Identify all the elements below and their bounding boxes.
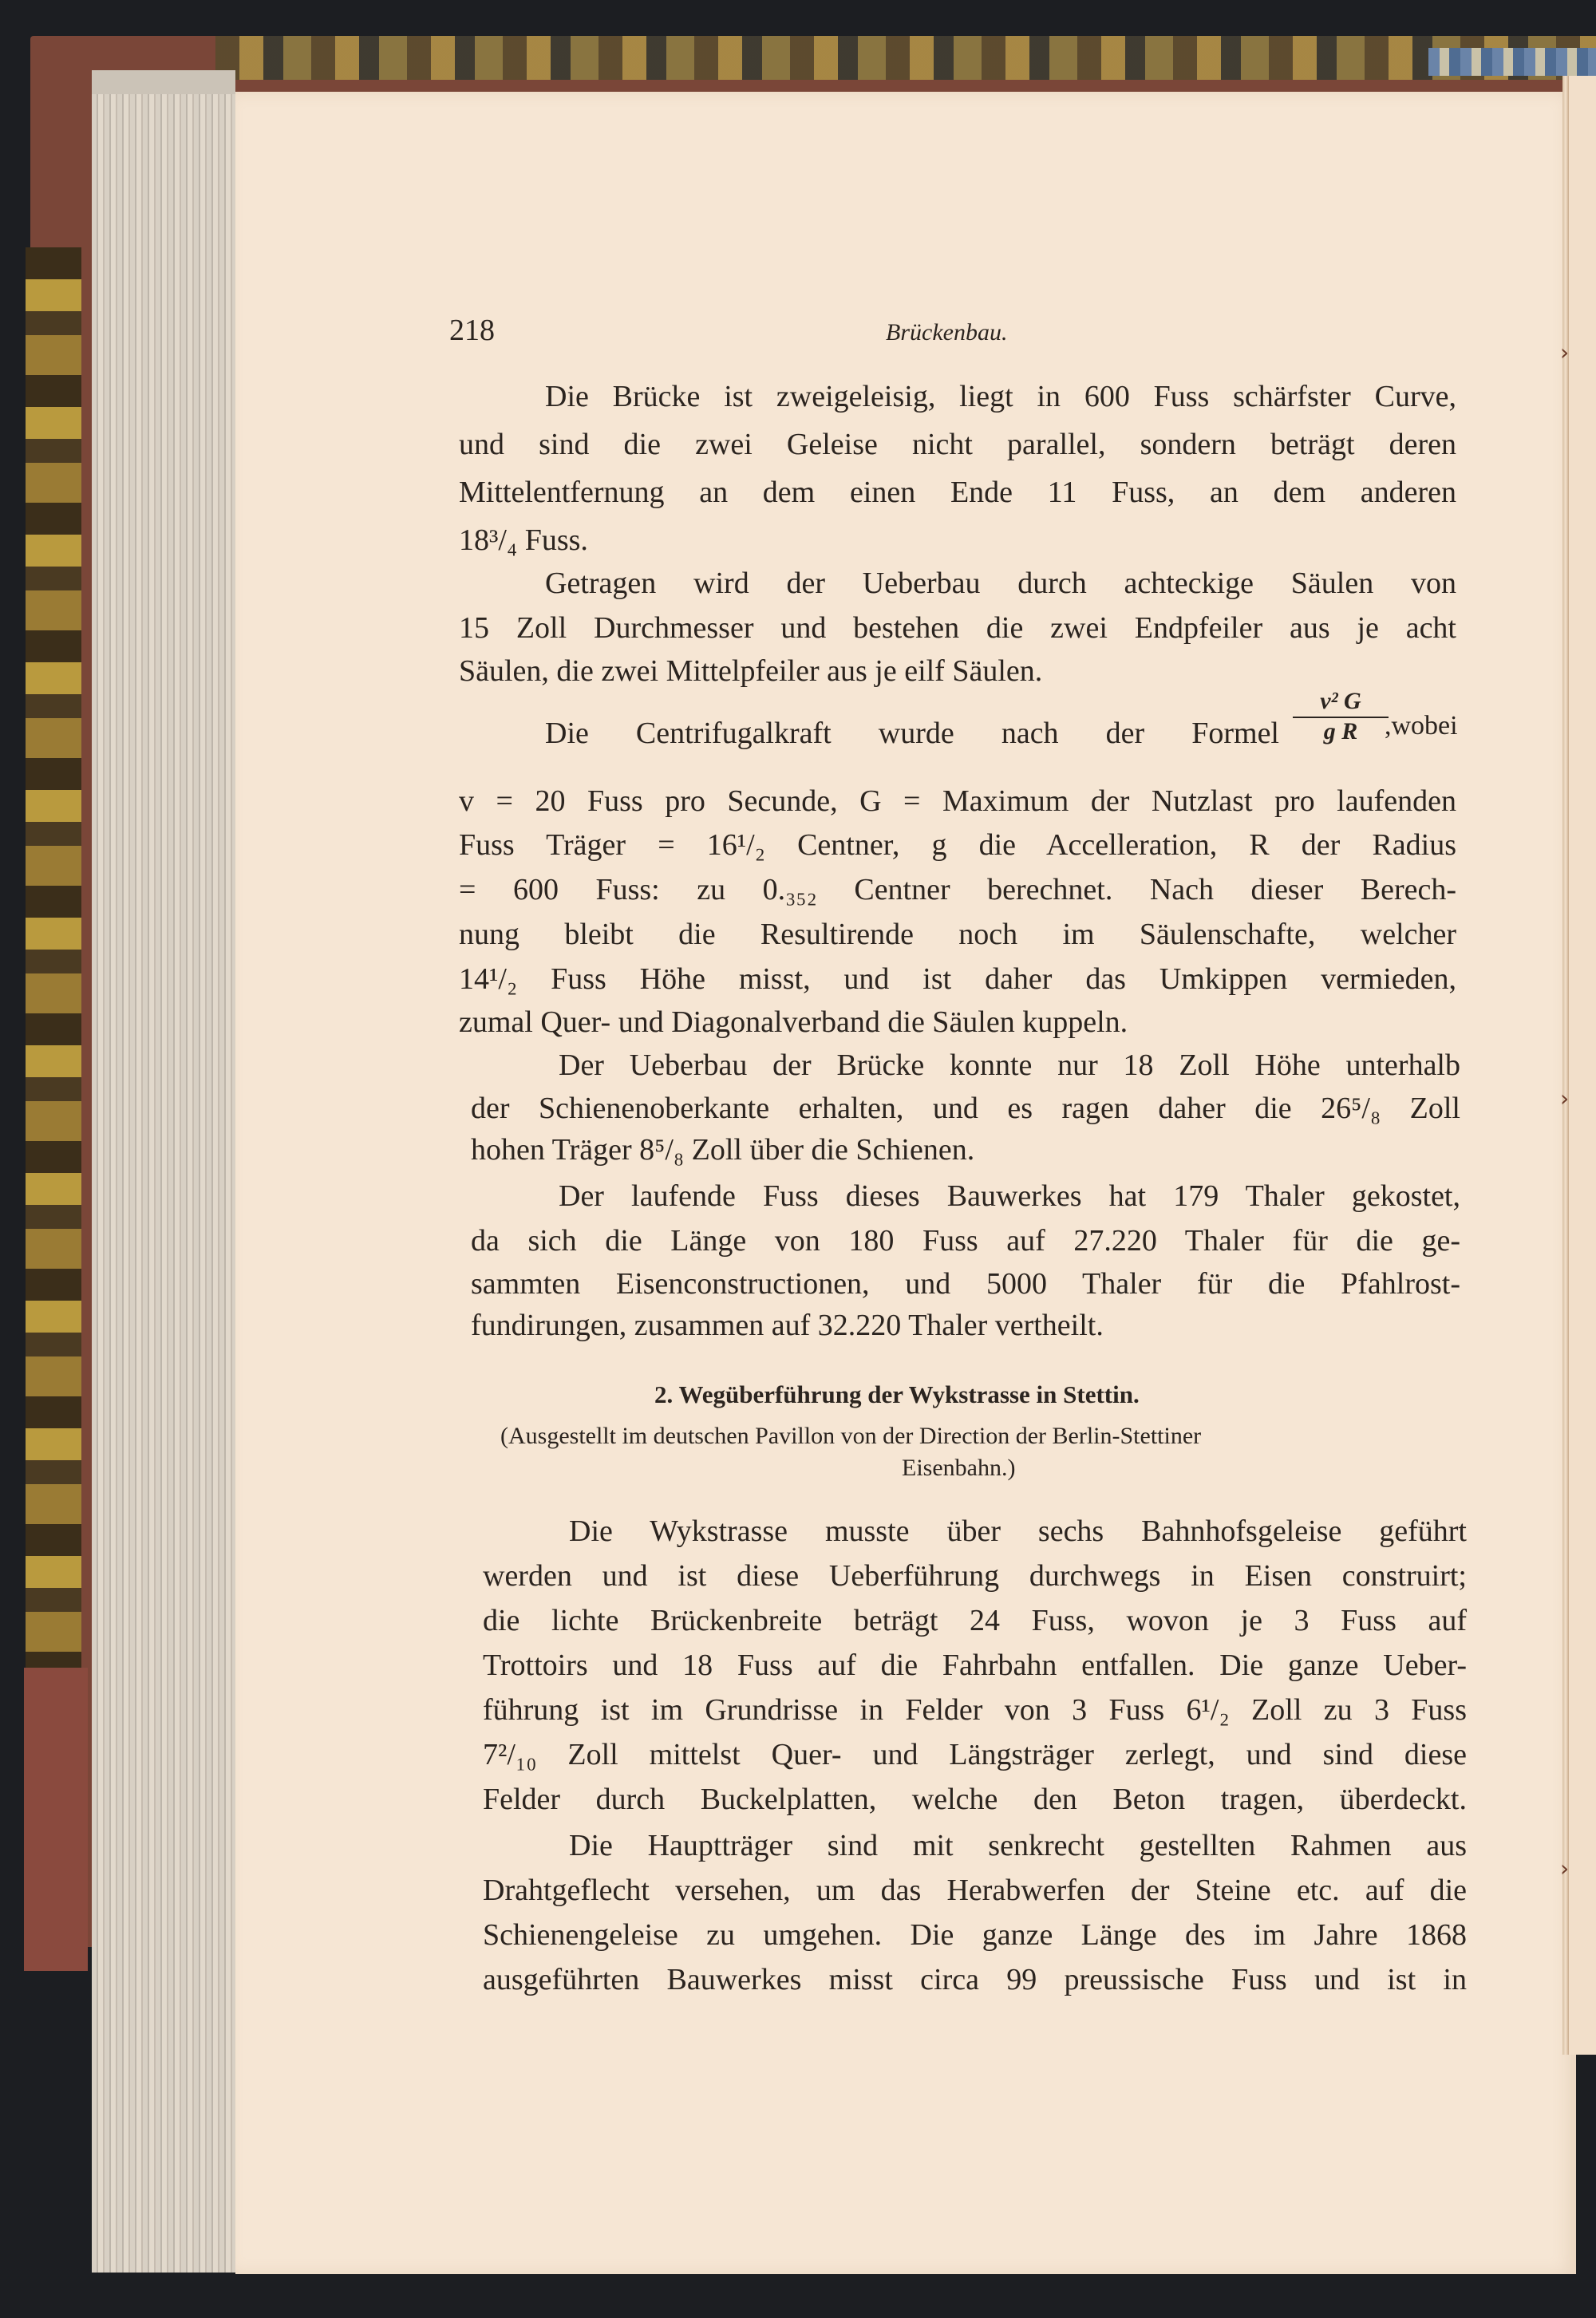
gutter bbox=[1562, 76, 1569, 2055]
text-line: ausgeführten Bauwerkes misst circa 99 pr… bbox=[483, 1965, 1467, 1995]
text-line: = 600 Fuss: zu 0.₃₅₂ Centner berechnet. … bbox=[459, 875, 1456, 905]
text-line: Die Wykstrasse musste über sechs Bahnhof… bbox=[569, 1516, 1467, 1546]
text-line: nung bleibt die Resultirende noch im Säu… bbox=[459, 919, 1456, 950]
text-line: 14¹/₂ Fuss Höhe misst, und ist daher das… bbox=[459, 964, 1456, 994]
text-line: hohen Träger 8⁵/₈ Zoll über die Schienen… bbox=[471, 1135, 974, 1165]
text-line: Die Brücke ist zweigeleisig, liegt in 60… bbox=[545, 381, 1456, 412]
text-line: Säulen, die zwei Mittelpfeiler aus je ei… bbox=[459, 656, 1042, 686]
text-line: Getragen wird der Ueberbau durch achteck… bbox=[545, 568, 1456, 598]
formula-denominator: g R bbox=[1293, 718, 1389, 745]
text-line: 7²/₁₀ Zoll mittelst Quer- und Längsträge… bbox=[483, 1739, 1467, 1770]
text-line: Mittelentfernung an dem einen Ende 11 Fu… bbox=[459, 477, 1456, 507]
text-line: 18³/₄ Fuss. bbox=[459, 525, 588, 555]
text-line: Die Hauptträger sind mit senkrecht geste… bbox=[569, 1830, 1467, 1861]
marbled-cover-top bbox=[215, 36, 1596, 80]
text-line: sammten Eisenconstructionen, und 5000 Th… bbox=[471, 1269, 1460, 1299]
text-line: und sind die zwei Geleise nicht parallel… bbox=[459, 429, 1456, 460]
text-line: Fuss Träger = 16¹/₂ Centner, g die Accel… bbox=[459, 830, 1456, 860]
text-line: 15 Zoll Durchmesser und bestehen die zwe… bbox=[459, 613, 1456, 643]
section-caption: Eisenbahn.) bbox=[902, 1456, 1015, 1480]
text-line: der Schienenoberkante erhalten, und es r… bbox=[471, 1093, 1460, 1123]
page-number: 218 bbox=[449, 313, 495, 348]
text-line: Schienengeleise zu umgehen. Die ganze Lä… bbox=[483, 1920, 1467, 1950]
binding-thread-mark: › bbox=[1560, 339, 1569, 365]
text-line: v = 20 Fuss pro Secunde, G = Maximum der… bbox=[459, 786, 1456, 816]
text-line: werden und ist diese Ueberführung durchw… bbox=[483, 1561, 1467, 1591]
facing-page-edge bbox=[1569, 76, 1596, 2055]
text-line: Der laufende Fuss dieses Bauwerkes hat 1… bbox=[559, 1181, 1460, 1211]
text-line: da sich die Länge von 180 Fuss auf 27.22… bbox=[471, 1226, 1460, 1256]
text-line: fundirungen, zusammen auf 32.220 Thaler … bbox=[471, 1310, 1104, 1341]
text-line: die lichte Brückenbreite beträgt 24 Fuss… bbox=[483, 1605, 1467, 1636]
running-head: Brückenbau. bbox=[886, 319, 1007, 346]
text-line: Felder durch Buckelplatten, welche den B… bbox=[483, 1784, 1467, 1815]
section-caption: (Ausgestellt im deutschen Pavillon von d… bbox=[500, 1424, 1201, 1448]
binding-thread-mark: › bbox=[1560, 1085, 1569, 1112]
formula-numerator: v² G bbox=[1293, 688, 1389, 718]
page-stack-edges bbox=[92, 70, 235, 2273]
text-line: Der Ueberbau der Brücke konnte nur 18 Zo… bbox=[559, 1050, 1460, 1080]
formula: v² G g R bbox=[1293, 688, 1389, 745]
binding-thread-mark: › bbox=[1560, 1855, 1569, 1882]
text-line: Drahtgeflecht versehen, um das Herabwerf… bbox=[483, 1875, 1467, 1905]
section-heading: 2. Wegüberführung der Wykstrasse in Stet… bbox=[654, 1382, 1140, 1407]
text-line: führung ist im Grundrisse in Felder von … bbox=[483, 1695, 1467, 1725]
leather-corner bbox=[24, 1668, 88, 1971]
headband bbox=[1428, 48, 1596, 76]
text-line: Die Centrifugalkraft wurde nach der Form… bbox=[545, 718, 1279, 748]
formula-suffix: ,wobei bbox=[1385, 713, 1458, 740]
text-line: Trottoirs und 18 Fuss auf die Fahrbahn e… bbox=[483, 1650, 1467, 1680]
text-line: zumal Quer- und Diagonalverband die Säul… bbox=[459, 1007, 1128, 1037]
